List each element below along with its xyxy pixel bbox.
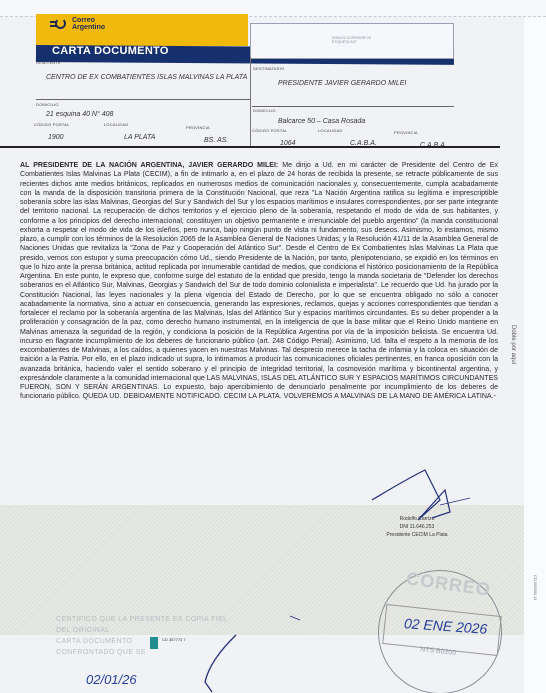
brand-line1: Correo bbox=[72, 17, 105, 24]
cert-line2: DEL ORIGINAL bbox=[56, 625, 227, 636]
sender-locality: LA PLATA bbox=[124, 134, 155, 141]
recipient-address-label: DOMICILIO bbox=[253, 108, 276, 113]
divider bbox=[252, 106, 454, 107]
tracking-code: CD 357773 7 bbox=[162, 637, 186, 642]
letter-text: Me dirijo a Ud. en mi carácter de Presid… bbox=[20, 162, 498, 400]
recipient-address: Balcarce 50 – Casa Rosada bbox=[278, 118, 365, 125]
sender-label: REMITENTE bbox=[36, 60, 61, 65]
sender-locality-label: LOCALIDAD bbox=[104, 122, 128, 127]
sender-address: 21 esquina 40 N° 408 bbox=[46, 111, 113, 118]
serial-number: CD 000000 11 bbox=[533, 575, 538, 601]
recipient-postal-label: CÓDIGO POSTAL bbox=[252, 128, 287, 133]
sender-province-label: PROVINCIA bbox=[186, 125, 210, 130]
signature-block: Rodolfo Carrizo DNI 11.646.253 President… bbox=[372, 515, 462, 539]
sender-address-label: DOMICILIO bbox=[36, 102, 59, 107]
cert-date: 02/01/26 bbox=[86, 672, 137, 687]
tracking-tag-icon bbox=[150, 637, 158, 649]
document-title: CARTA DOCUMENTO bbox=[52, 45, 169, 57]
correo-logo-icon bbox=[50, 18, 68, 30]
sender-postal-label: CÓDIGO POSTAL bbox=[34, 122, 69, 127]
form-bottom-rule bbox=[0, 146, 500, 148]
signer-dni: DNI 11.646.253 bbox=[372, 523, 462, 531]
divider bbox=[36, 99, 250, 100]
label-box-text: DOBLEZ SUPERIOR DE ETIQUETA S&T bbox=[332, 36, 372, 44]
column-divider bbox=[250, 57, 251, 147]
recipient-province-label: PROVINCIA bbox=[394, 130, 418, 135]
signer-name: Rodolfo Carrizo bbox=[372, 515, 462, 523]
brand-line2: Argentino bbox=[72, 24, 105, 31]
recipient-locality-label: LOCALIDAD bbox=[318, 128, 342, 133]
sender-name: CENTRO DE EX COMBATIENTES ISLAS MALVINAS… bbox=[46, 74, 247, 81]
signer-role: Presidente CECIM La Plata bbox=[372, 531, 462, 539]
recipient-label: DESTINATARIO bbox=[253, 66, 284, 71]
cert-line1: CERTIFICO QUE LA PRESENTE ES COPIA FIEL bbox=[56, 614, 227, 625]
recipient-name: PRESIDENTE JAVIER GERARDO MILEI bbox=[278, 80, 406, 87]
sender-postal-code: 1900 bbox=[48, 134, 64, 141]
cert-line4: CONFRONTADO QUE SE bbox=[56, 647, 227, 658]
salutation: AL PRESIDENTE DE LA NACIÓN ARGENTINA, JA… bbox=[20, 162, 278, 169]
letter-body: AL PRESIDENTE DE LA NACIÓN ARGENTINA, JA… bbox=[20, 161, 498, 402]
certification-stamp: CERTIFICO QUE LA PRESENTE ES COPIA FIEL … bbox=[56, 614, 227, 658]
fold-note: Doble por aquí bbox=[510, 325, 516, 364]
cert-line3: CARTA DOCUMENTO bbox=[56, 636, 227, 647]
correo-logo: Correo Argentino bbox=[50, 17, 105, 31]
sender-province: BS. AS. bbox=[204, 137, 228, 144]
